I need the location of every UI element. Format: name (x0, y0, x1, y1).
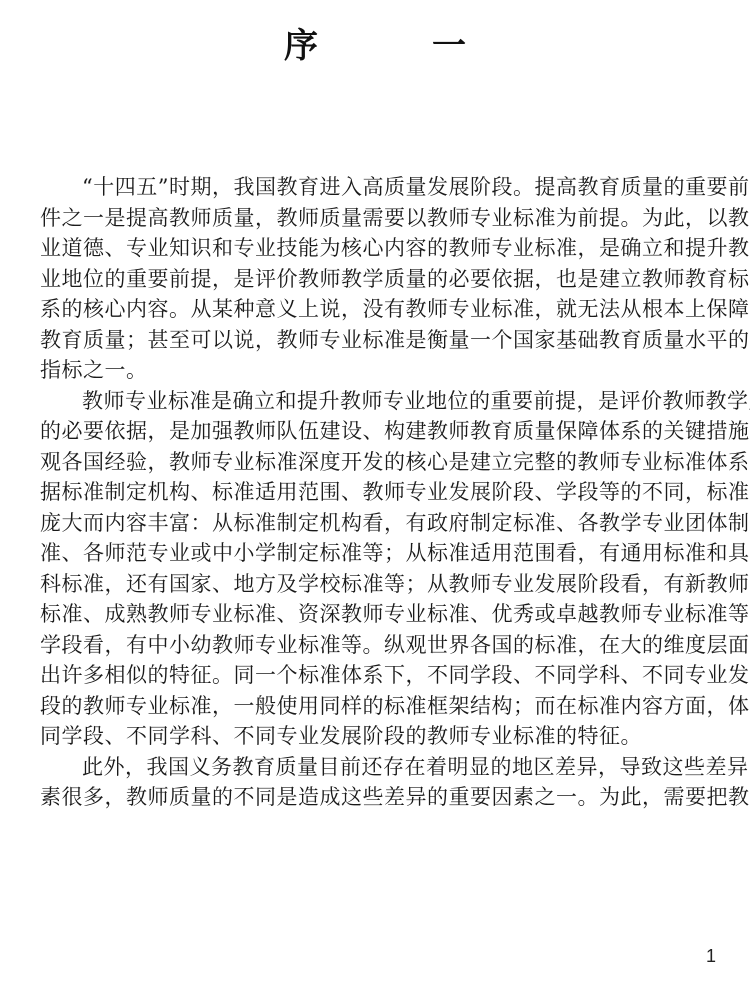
text-line: 指标之一。 (40, 355, 728, 386)
text-line: 庞大而内容丰富：从标准制定机构看，有政府制定标准、各教学专业团体制定标 (40, 508, 728, 539)
text-line: 业地位的重要前提，是评价教师教学质量的必要依据，也是建立教师教育标准体 (40, 264, 728, 295)
paragraph-3: 此外，我国义务教育质量目前还存在着明显的地区差异，导致这些差异的因 素很多，教师… (40, 752, 728, 813)
text-line: “十四五”时期，我国教育进入高质量发展阶段。提高教育质量的重要前提条 (40, 172, 728, 203)
text-line: 科标准，还有国家、地方及学校标准等；从教师专业发展阶段看，有新教师专业 (40, 569, 728, 600)
paragraph-2: 教师专业标准是确立和提升教师专业地位的重要前提，是评价教师教学质量 的必要依据，… (40, 386, 728, 752)
body-text: “十四五”时期，我国教育进入高质量发展阶段。提高教育质量的重要前提条 件之一是提… (40, 172, 728, 813)
text-line: 出许多相似的特征。同一个标准体系下，不同学段、不同学科、不同专业发展阶 (40, 660, 728, 691)
text-line: 同学段、不同学科、不同专业发展阶段的教师专业标准的特征。 (40, 721, 728, 752)
text-line: 观各国经验，教师专业标准深度开发的核心是建立完整的教师专业标准体系。根 (40, 447, 728, 478)
text-line: 据标准制定机构、标准适用范围、教师专业发展阶段、学段等的不同，标准体系 (40, 477, 728, 508)
text-line: 标准、成熟教师专业标准、资深教师专业标准、优秀或卓越教师专业标准等；从 (40, 599, 728, 630)
text-line: 素很多，教师质量的不同是造成这些差异的重要因素之一。为此，需要把教师专 (40, 782, 728, 813)
page-title: 序 一 (0, 22, 750, 70)
text-line: 教师专业标准是确立和提升教师专业地位的重要前提，是评价教师教学质量 (40, 386, 728, 417)
text-line: 业道德、专业知识和专业技能为核心内容的教师专业标准，是确立和提升教师专 (40, 233, 728, 264)
paragraph-1: “十四五”时期，我国教育进入高质量发展阶段。提高教育质量的重要前提条 件之一是提… (40, 172, 728, 386)
text-line: 段的教师专业标准，一般使用同样的标准框架结构；而在标准内容方面，体现不 (40, 691, 728, 722)
text-line: 系的核心内容。从某种意义上说，没有教师专业标准，就无法从根本上保障基础 (40, 294, 728, 325)
text-line: 件之一是提高教师质量，教师质量需要以教师专业标准为前提。为此，以教师专 (40, 203, 728, 234)
text-line: 教育质量；甚至可以说，教师专业标准是衡量一个国家基础教育质量水平的重要 (40, 325, 728, 356)
text-line: 学段看，有中小幼教师专业标准等。纵观世界各国的标准，在大的维度层面呈现 (40, 630, 728, 661)
text-line: 此外，我国义务教育质量目前还存在着明显的地区差异，导致这些差异的因 (40, 752, 728, 783)
text-line: 准、各师范专业或中小学制定标准等；从标准适用范围看，有通用标准和具体学 (40, 538, 728, 569)
page-number: 1 (706, 946, 716, 967)
text-line: 的必要依据，是加强教师队伍建设、构建教师教育质量保障体系的关键措施。纵 (40, 416, 728, 447)
